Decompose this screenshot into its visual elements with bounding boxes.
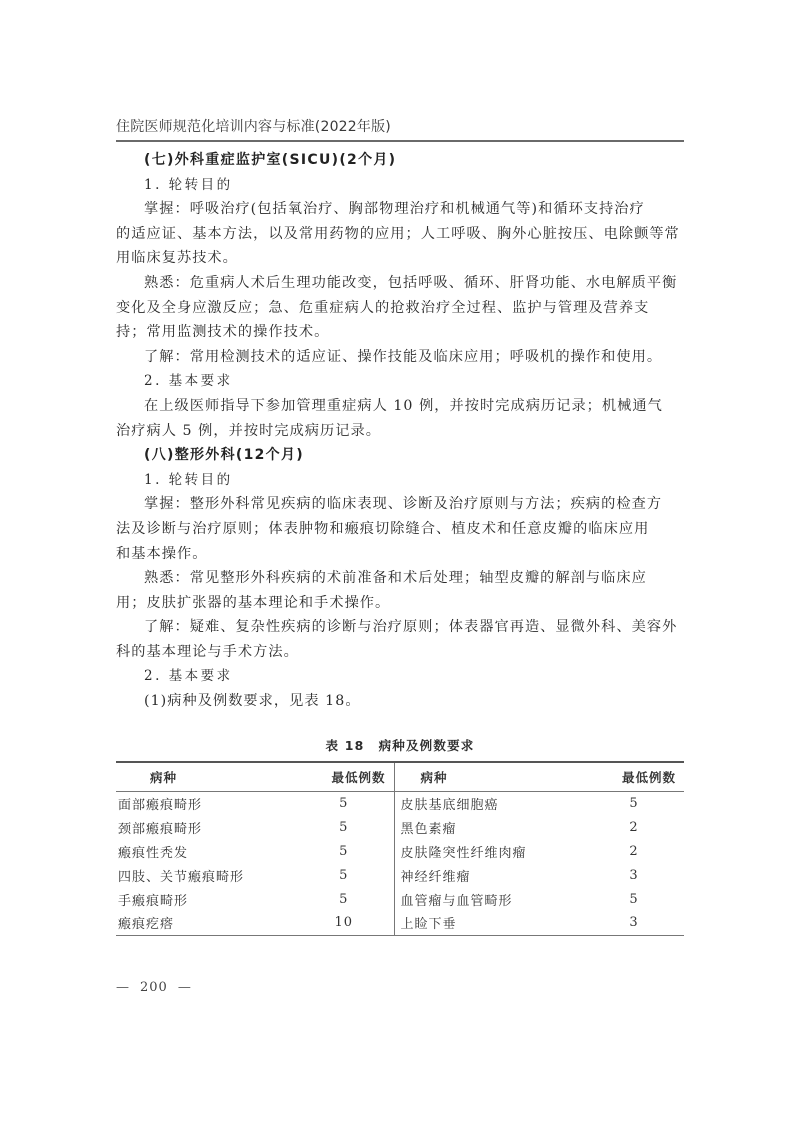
table-caption: 表 18病种及例数要求 bbox=[116, 736, 684, 754]
disease-name: 神经纤维瘤 bbox=[394, 863, 584, 887]
disease-name: 颈部瘢痕畸形 bbox=[116, 816, 294, 840]
min-cases: 2 bbox=[584, 840, 684, 864]
min-cases: 10 bbox=[294, 911, 394, 935]
disease-name: 黑色素瘤 bbox=[394, 816, 584, 840]
table-row: 面部瘢痕畸形 5 皮肤基底细胞癌 5 bbox=[116, 792, 684, 816]
table-row: 四肢、关节瘢痕畸形 5 神经纤维瘤 3 bbox=[116, 863, 684, 887]
disease-name: 瘢痕疙瘩 bbox=[116, 911, 294, 935]
paragraph-familiar-line: 持；常用监测技术的操作技术。 bbox=[116, 320, 684, 345]
table-row: 瘢痕性秃发 5 皮肤隆突性纤维肉瘤 2 bbox=[116, 840, 684, 864]
paragraph-master-line: 的适应证、基本方法，以及常用药物的应用；人工呼吸、胸外心脏按压、电除颤等常 bbox=[116, 222, 684, 247]
running-head: 住院医师规范化培训内容与标准(2022年版) bbox=[116, 116, 391, 136]
document-page: 住院医师规范化培训内容与标准(2022年版) (七)外科重症监护室(SICU)(… bbox=[0, 0, 800, 1131]
paragraph-familiar-line: 熟悉：常见整形外科疾病的术前准备和术后处理；轴型皮瓣的解剖与临床应 bbox=[116, 566, 684, 591]
disease-name: 手瘢痕畸形 bbox=[116, 887, 294, 911]
min-cases: 5 bbox=[294, 887, 394, 911]
paragraph-master-line: 法及诊断与治疗原则；体表肿物和瘢痕切除缝合、植皮术和任意皮瓣的临床应用 bbox=[116, 517, 684, 542]
page-number-footer: —200— bbox=[116, 980, 192, 995]
table-header-row: 病种 最低例数 病种 最低例数 bbox=[116, 762, 684, 792]
paragraph-familiar-line: 用；皮肤扩张器的基本理论和手术操作。 bbox=[116, 591, 684, 616]
table-row: 瘢痕疙瘩 10 上睑下垂 3 bbox=[116, 911, 684, 935]
disease-name: 皮肤隆突性纤维肉瘤 bbox=[394, 840, 584, 864]
min-cases: 3 bbox=[584, 863, 684, 887]
paragraph-case-requirements-line: (1)病种及例数要求，见表 18。 bbox=[116, 689, 684, 714]
disease-name: 面部瘢痕畸形 bbox=[116, 792, 294, 816]
paragraph-familiar-line: 熟悉：危重病人术后生理功能改变，包括呼吸、循环、肝肾功能、水电解质平衡 bbox=[116, 271, 684, 296]
column-header-min-cases: 最低例数 bbox=[584, 762, 684, 792]
section-heading-sicu: (七)外科重症监护室(SICU)(2个月) bbox=[116, 148, 684, 173]
disease-name: 四肢、关节瘢痕畸形 bbox=[116, 863, 294, 887]
min-cases: 3 bbox=[584, 911, 684, 935]
min-cases: 5 bbox=[584, 792, 684, 816]
paragraph-understand-line: 了解：常用检测技术的适应证、操作技能及临床应用；呼吸机的操作和使用。 bbox=[116, 345, 684, 370]
paragraph-master-line: 掌握：整形外科常见疾病的临床表现、诊断及治疗原则与方法；疾病的检查方 bbox=[116, 492, 684, 517]
subsection-title-basic-requirements: 2. 基本要求 bbox=[116, 664, 684, 689]
paragraph-requirements-line: 治疗病人 5 例，并按时完成病历记录。 bbox=[116, 419, 684, 444]
page-number: 200 bbox=[140, 980, 168, 995]
subsection-title-rotation-goals: 1. 轮转目的 bbox=[116, 173, 684, 198]
header-rule bbox=[116, 140, 684, 142]
column-header-disease: 病种 bbox=[394, 762, 584, 792]
min-cases: 5 bbox=[294, 863, 394, 887]
min-cases: 5 bbox=[584, 887, 684, 911]
case-requirements-table: 病种 最低例数 病种 最低例数 面部瘢痕畸形 5 皮肤基底细胞癌 5 颈部瘢痕畸… bbox=[116, 761, 684, 936]
paragraph-master-line: 和基本操作。 bbox=[116, 542, 684, 567]
folio-dash: — bbox=[116, 980, 130, 995]
table-row: 手瘢痕畸形 5 血管瘤与血管畸形 5 bbox=[116, 887, 684, 911]
min-cases: 5 bbox=[294, 816, 394, 840]
folio-dash: — bbox=[178, 980, 192, 995]
column-header-min-cases: 最低例数 bbox=[294, 762, 394, 792]
body-text: (七)外科重症监护室(SICU)(2个月) 1. 轮转目的 掌握：呼吸治疗(包括… bbox=[116, 148, 684, 714]
disease-name: 上睑下垂 bbox=[394, 911, 584, 935]
paragraph-understand-line: 了解：疑难、复杂性疾病的诊断与治疗原则；体表器官再造、显微外科、美容外 bbox=[116, 615, 684, 640]
disease-name: 瘢痕性秃发 bbox=[116, 840, 294, 864]
section-heading-plastic-surgery: (八)整形外科(12个月) bbox=[116, 443, 684, 468]
table-row: 颈部瘢痕畸形 5 黑色素瘤 2 bbox=[116, 816, 684, 840]
table-title: 病种及例数要求 bbox=[379, 738, 475, 753]
min-cases: 2 bbox=[584, 816, 684, 840]
table-number: 表 18 bbox=[326, 738, 365, 753]
paragraph-requirements-line: 在上级医师指导下参加管理重症病人 10 例，并按时完成病历记录；机械通气 bbox=[116, 394, 684, 419]
subsection-title-basic-requirements: 2. 基本要求 bbox=[116, 369, 684, 394]
min-cases: 5 bbox=[294, 840, 394, 864]
disease-name: 皮肤基底细胞癌 bbox=[394, 792, 584, 816]
column-header-disease: 病种 bbox=[116, 762, 294, 792]
min-cases: 5 bbox=[294, 792, 394, 816]
paragraph-master-line: 掌握：呼吸治疗(包括氧治疗、胸部物理治疗和机械通气等)和循环支持治疗 bbox=[116, 197, 684, 222]
paragraph-master-line: 用临床复苏技术。 bbox=[116, 246, 684, 271]
disease-name: 血管瘤与血管畸形 bbox=[394, 887, 584, 911]
paragraph-understand-line: 科的基本理论与手术方法。 bbox=[116, 640, 684, 665]
paragraph-familiar-line: 变化及全身应激反应；急、危重症病人的抢救治疗全过程、监护与管理及营养支 bbox=[116, 296, 684, 321]
subsection-title-rotation-goals: 1. 轮转目的 bbox=[116, 468, 684, 493]
